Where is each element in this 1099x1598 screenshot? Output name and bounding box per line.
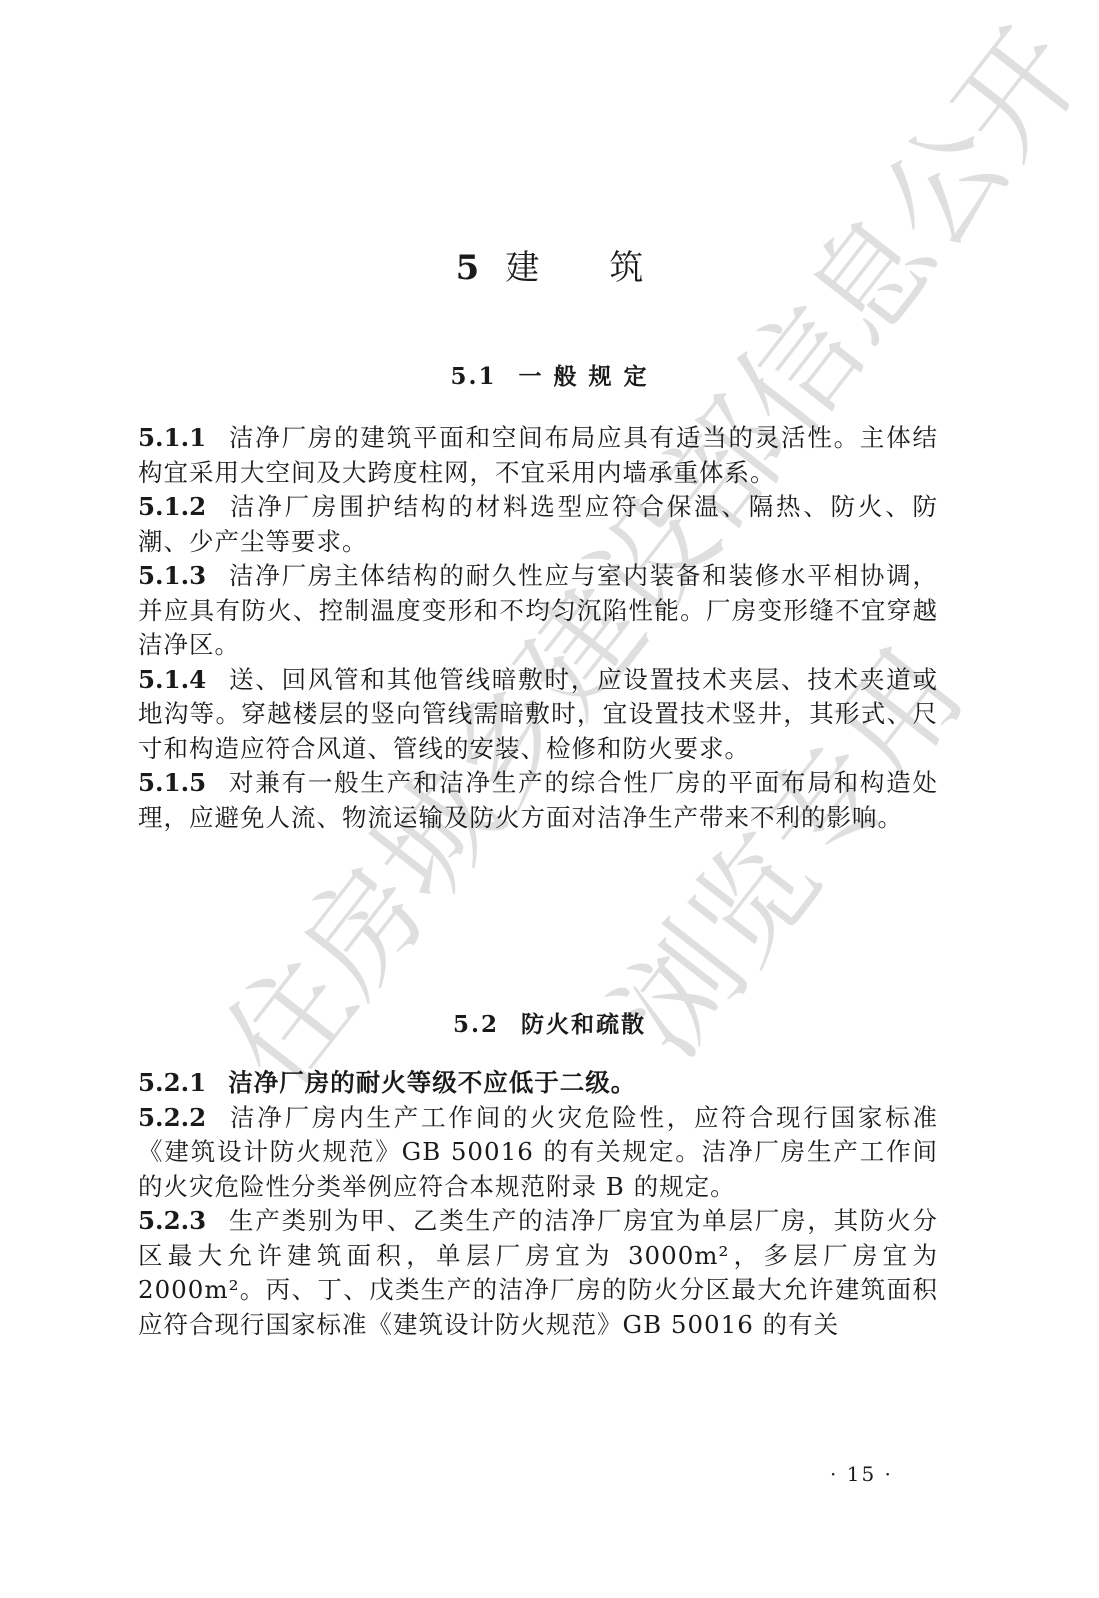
- section-title-5-1: 5.1一 般 规 定: [0, 358, 1099, 391]
- clause-number: 5.1.4: [138, 665, 206, 694]
- clause-number: 5.1.2: [138, 492, 206, 521]
- clause-text: 洁净厂房主体结构的耐久性应与室内装备和装修水平相协调，并应具有防火、控制温度变形…: [138, 561, 938, 659]
- chapter-number: 5: [456, 248, 480, 288]
- clause-number: 5.2.2: [138, 1103, 206, 1132]
- section-number: 5.2: [453, 1011, 499, 1038]
- clause-number: 5.2.3: [138, 1206, 206, 1235]
- clause-number: 5.2.1: [138, 1068, 206, 1097]
- clause-5-2-2: 5.2.2洁净厂房内生产工作间的火灾危险性，应符合现行国家标准《建筑设计防火规范…: [138, 1101, 938, 1205]
- clause-5-1-4: 5.1.4送、回风管和其他管线暗敷时，应设置技术夹层、技术夹道或地沟等。穿越楼层…: [138, 663, 938, 767]
- section-5-1-body: 5.1.1洁净厂房的建筑平面和空间布局应具有适当的灵活性。主体结构宜采用大空间及…: [138, 421, 938, 835]
- chapter-title: 5建筑: [0, 240, 1099, 296]
- clause-number: 5.1.1: [138, 423, 206, 452]
- clause-5-1-3: 5.1.3洁净厂房主体结构的耐久性应与室内装备和装修水平相协调，并应具有防火、控…: [138, 559, 938, 663]
- section-title-5-2: 5.2防火和疏散: [0, 1006, 1099, 1039]
- section-heading-text: 防火和疏散: [521, 1011, 646, 1038]
- clause-5-1-2: 5.1.2洁净厂房围护结构的材料选型应符合保温、隔热、防火、防潮、少产尘等要求。: [138, 490, 938, 559]
- document-page: 住房城乡建设部信息公开 浏览专用 5建筑 5.1一 般 规 定 5.1.1洁净厂…: [0, 0, 1099, 1598]
- section-heading-text: 一 般 规 定: [518, 363, 648, 390]
- clause-number: 5.1.5: [138, 768, 206, 797]
- chapter-title-char-1: 建: [505, 248, 539, 288]
- clause-text: 洁净厂房的建筑平面和空间布局应具有适当的灵活性。主体结构宜采用大空间及大跨度柱网…: [138, 423, 938, 487]
- clause-text: 对兼有一般生产和洁净生产的综合性厂房的平面布局和构造处理，应避免人流、物流运输及…: [138, 768, 938, 832]
- clause-number: 5.1.3: [138, 561, 206, 590]
- clause-5-1-5: 5.1.5对兼有一般生产和洁净生产的综合性厂房的平面布局和构造处理，应避免人流、…: [138, 766, 938, 835]
- clause-5-2-1: 5.2.1洁净厂房的耐火等级不应低于二级。: [138, 1066, 938, 1101]
- clause-text: 洁净厂房的耐火等级不应低于二级。: [228, 1068, 636, 1097]
- page-number: · 15 ·: [830, 1462, 893, 1486]
- section-5-2-body: 5.2.1洁净厂房的耐火等级不应低于二级。 5.2.2洁净厂房内生产工作间的火灾…: [138, 1066, 938, 1342]
- clause-text: 洁净厂房内生产工作间的火灾危险性，应符合现行国家标准《建筑设计防火规范》GB 5…: [138, 1103, 938, 1201]
- clause-text: 送、回风管和其他管线暗敷时，应设置技术夹层、技术夹道或地沟等。穿越楼层的竖向管线…: [138, 665, 938, 763]
- clause-5-2-3: 5.2.3生产类别为甲、乙类生产的洁净厂房宜为单层厂房，其防火分区最大允许建筑面…: [138, 1204, 938, 1342]
- section-number: 5.1: [450, 363, 496, 390]
- clause-text: 生产类别为甲、乙类生产的洁净厂房宜为单层厂房，其防火分区最大允许建筑面积，单层厂…: [138, 1206, 938, 1339]
- clause-5-1-1: 5.1.1洁净厂房的建筑平面和空间布局应具有适当的灵活性。主体结构宜采用大空间及…: [138, 421, 938, 490]
- clause-text: 洁净厂房围护结构的材料选型应符合保温、隔热、防火、防潮、少产尘等要求。: [138, 492, 938, 556]
- chapter-title-char-2: 筑: [609, 248, 643, 288]
